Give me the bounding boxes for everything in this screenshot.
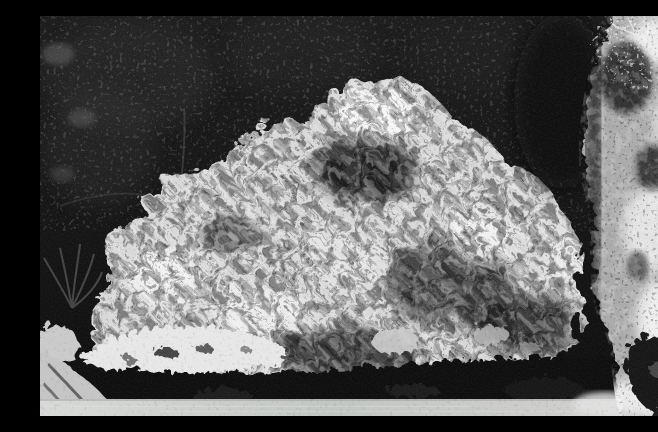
photo-canvas (40, 16, 658, 416)
photograph (40, 16, 658, 416)
film-grain-overlay (40, 16, 658, 416)
